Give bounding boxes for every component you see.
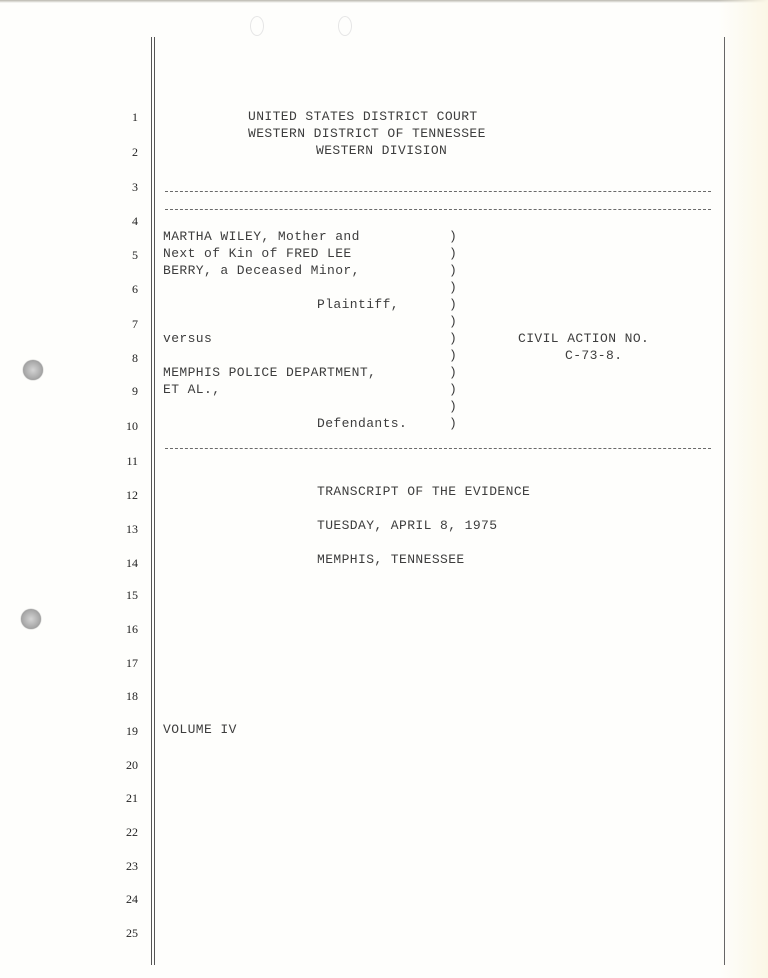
line-number: 20 (108, 758, 138, 772)
caption-top-rule-2 (165, 209, 711, 210)
line-number: 17 (108, 656, 138, 670)
faint-hole-mark (338, 16, 352, 36)
line-number: 1 (108, 110, 138, 124)
civil-action-label: CIVIL ACTION NO. (518, 331, 649, 347)
plaintiff-line: BERRY, a Deceased Minor, (163, 263, 360, 279)
line-number: 22 (108, 825, 138, 839)
paren: ) (449, 331, 457, 347)
paren: ) (449, 348, 457, 364)
plaintiff-label: Plaintiff, (317, 297, 399, 313)
line-number: 4 (108, 214, 138, 228)
transcript-location: MEMPHIS, TENNESSEE (317, 552, 465, 568)
right-margin-rule (724, 37, 725, 965)
line-number: 16 (108, 622, 138, 636)
defendant-label: Defendants. (317, 416, 407, 432)
line-number: 5 (108, 248, 138, 262)
paren: ) (449, 280, 457, 296)
line-number: 23 (108, 859, 138, 873)
caption-top-rule (165, 191, 711, 192)
versus-label: versus (163, 331, 212, 347)
line-number: 19 (108, 724, 138, 738)
line-number: 12 (108, 488, 138, 502)
line-number: 10 (108, 419, 138, 433)
district-name: WESTERN DISTRICT OF TENNESSEE (248, 126, 486, 142)
plaintiff-line: Next of Kin of FRED LEE (163, 246, 352, 262)
division-name: WESTERN DIVISION (316, 143, 447, 159)
paren: ) (449, 314, 457, 330)
punch-hole-icon (21, 609, 41, 629)
line-number: 9 (108, 384, 138, 398)
line-number: 18 (108, 689, 138, 703)
paren: ) (449, 365, 457, 381)
transcript-date: TUESDAY, APRIL 8, 1975 (317, 518, 497, 534)
faint-hole-mark (250, 16, 264, 36)
line-number: 25 (108, 926, 138, 940)
line-number: 15 (108, 588, 138, 602)
page-shadow (718, 0, 768, 978)
left-margin-rule (151, 37, 152, 965)
plaintiff-line: MARTHA WILEY, Mother and (163, 229, 360, 245)
paren: ) (449, 246, 457, 262)
line-number: 8 (108, 351, 138, 365)
line-number: 11 (108, 454, 138, 468)
page-top-edge (0, 0, 768, 3)
paren: ) (449, 382, 457, 398)
punch-hole-icon (23, 360, 43, 380)
line-number: 24 (108, 892, 138, 906)
line-number: 13 (108, 522, 138, 536)
line-number: 6 (108, 282, 138, 296)
paren: ) (449, 263, 457, 279)
line-number: 21 (108, 791, 138, 805)
line-number: 2 (108, 145, 138, 159)
defendant-line: MEMPHIS POLICE DEPARTMENT, (163, 365, 376, 381)
volume-label: VOLUME IV (163, 722, 237, 738)
paren: ) (449, 229, 457, 245)
civil-action-number: C-73-8. (565, 348, 622, 364)
paren: ) (449, 416, 457, 432)
paren: ) (449, 399, 457, 415)
caption-bottom-rule (165, 448, 711, 449)
left-margin-rule (154, 37, 155, 965)
paren: ) (449, 297, 457, 313)
transcript-title: TRANSCRIPT OF THE EVIDENCE (317, 484, 530, 500)
line-number: 14 (108, 556, 138, 570)
line-number: 7 (108, 317, 138, 331)
court-name: UNITED STATES DISTRICT COURT (248, 109, 478, 125)
line-number: 3 (108, 180, 138, 194)
defendant-line: ET AL., (163, 382, 220, 398)
